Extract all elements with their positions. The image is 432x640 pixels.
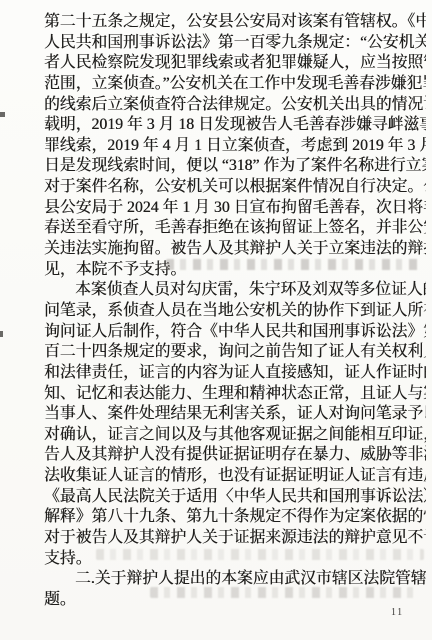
ink-bleed-through-artifact — [166, 259, 422, 270]
text-line: 人民共和国刑事诉讼法》第一百零九条规定：“公安机关或 — [44, 33, 426, 54]
ink-bleed-through-artifact — [150, 587, 418, 598]
text-line: 者人民检察院发现犯罪线索或者犯罪嫌疑人，应当按照管辖 — [44, 53, 426, 74]
text-line: 法收集证人证言的情形，也没有证据证明证人证言有违反 — [44, 466, 426, 487]
text-line: 对确认，证言之间以及与其他客观证据之间能相互印证，被 — [44, 425, 426, 446]
text-line: 对于案件名称，公安机关可以根据案件情况自行决定。公安 — [44, 177, 426, 198]
text-line: 问笔录，系侦查人员在当地公安机关的协作下到证人所在地 — [44, 301, 426, 322]
text-line: 《最高人民法院关于适用〈中华人民共和国刑事诉讼法〉的 — [44, 487, 426, 508]
document-body: 第二十五条之规定，公安县公安局对该案有管辖权。《中华人民共和国刑事诉讼法》第一百… — [44, 12, 426, 611]
page-number: 11 — [391, 607, 404, 618]
text-line: 和法律责任，证言的内容为证人直接感知，证人作证时的认 — [44, 363, 426, 384]
text-line: 对于被告人及其辩护人关于证据来源违法的辩护意见不予 — [44, 528, 426, 549]
ink-bleed-through-artifact — [96, 549, 424, 560]
text-line: 载明，2019 年 3 月 18 日发现被告人毛善春涉嫌寻衅滋事犯 — [44, 115, 426, 136]
text-line: 范围，立案侦查。”公安机关在工作中发现毛善春涉嫌犯罪 — [44, 74, 426, 95]
text-line: 本案侦查人员对勾庆雷，朱宁环及刘双等多位证人的询 — [44, 280, 426, 301]
scan-edge-artifact — [0, 331, 3, 337]
text-line: 关违法实施拘留。被告人及其辩护人关于立案违法的辩护意 — [44, 239, 426, 260]
text-line: 当事人、案件处理结果无利害关系，证人对询问笔录予以核 — [44, 404, 426, 425]
text-line: 询问证人后制作，符合《中华人民共和国刑事诉讼法》第一 — [44, 322, 426, 343]
text-line: 日是发现线索时间，便以 “318” 作为了案件名称进行立案。 — [44, 156, 426, 177]
text-line: 百二十四条规定的要求，询问之前告知了证人有关权利义务 — [44, 342, 426, 363]
text-line: 解释》第八十九条、第九十条规定不得作为定案依据的情形； — [44, 507, 426, 528]
text-line: 告人及其辩护人没有提供证据证明存在暴力、威胁等非法方 — [44, 445, 426, 466]
scan-edge-artifact — [0, 112, 5, 117]
text-line: 罪线索，2019 年 4 月 1 日立案侦查，考虑到 2019 年 3 月 18 — [44, 136, 426, 157]
document-page: 第二十五条之规定，公安县公安局对该案有管辖权。《中华人民共和国刑事诉讼法》第一百… — [0, 0, 432, 640]
text-line: 第二十五条之规定，公安县公安局对该案有管辖权。《中华 — [44, 12, 426, 33]
text-line: 的线索后立案侦查符合法律规定。公安机关出具的情况说明 — [44, 95, 426, 116]
text-line: 县公安局于 2024 年 1 月 30 日宣布拘留毛善春，次日将毛善 — [44, 198, 426, 219]
text-line: 春送至看守所，毛善春拒绝在该拘留证上签名，并非公安机 — [44, 218, 426, 239]
text-line: 知、记忆和表达能力、生理和精神状态正常，且证人与案件 — [44, 384, 426, 405]
